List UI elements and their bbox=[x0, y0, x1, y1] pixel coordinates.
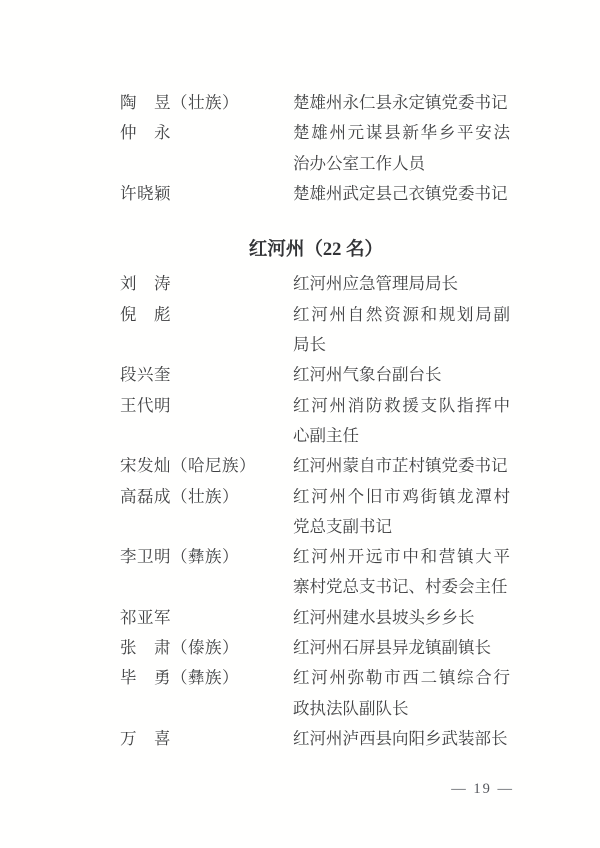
entry-position-line: 红河州石屏县异龙镇副镇长 bbox=[293, 633, 510, 663]
entry-position: 红河州蒙自市芷村镇党委书记 bbox=[293, 451, 510, 481]
entry-position: 红河州石屏县异龙镇副镇长 bbox=[293, 633, 510, 663]
entry-position-line: 治办公室工作人员 bbox=[293, 149, 510, 179]
entry-position: 楚雄州永仁县永定镇党委书记 bbox=[293, 88, 510, 118]
entry-name: 祁亚军 bbox=[120, 603, 293, 633]
entry-name: 张 肃（傣族） bbox=[120, 633, 293, 663]
entry-name: 段兴奎 bbox=[120, 360, 293, 390]
entry-position: 红河州应急管理局局长 bbox=[293, 269, 510, 299]
entry-position: 红河州自然资源和规划局副局长 bbox=[293, 300, 510, 361]
list-item: 祁亚军红河州建水县坡头乡乡长 bbox=[120, 603, 512, 633]
entry-position-line: 楚雄州元谋县新华乡平安法 bbox=[293, 118, 510, 148]
entry-position-line: 红河州蒙自市芷村镇党委书记 bbox=[293, 451, 510, 481]
entry-position-line: 心副主任 bbox=[293, 421, 510, 451]
entry-position-line: 红河州应急管理局局长 bbox=[293, 269, 510, 299]
entry-name: 高磊成（壮族） bbox=[120, 482, 293, 512]
entry-name: 陶 昱（壮族） bbox=[120, 88, 293, 118]
entry-position-line: 红河州开远市中和营镇大平 bbox=[293, 542, 510, 572]
entry-name: 宋发灿（哈尼族） bbox=[120, 451, 293, 481]
section: 红河州（22 名）刘 涛红河州应急管理局局长倪 彪红河州自然资源和规划局副局长段… bbox=[120, 235, 512, 754]
entry-position: 红河州弥勒市西二镇综合行政执法队副队长 bbox=[293, 663, 510, 724]
entry-position: 红河州开远市中和营镇大平寨村党总支书记、村委会主任 bbox=[293, 542, 510, 603]
list-item: 宋发灿（哈尼族）红河州蒙自市芷村镇党委书记 bbox=[120, 451, 512, 481]
entry-position-line: 局长 bbox=[293, 330, 510, 360]
page-number: — 19 — bbox=[451, 779, 514, 799]
list-item: 万 喜红河州泸西县向阳乡武装部长 bbox=[120, 724, 512, 754]
entry-name: 仲 永 bbox=[120, 118, 293, 148]
entry-name: 万 喜 bbox=[120, 724, 293, 754]
entry-position-line: 红河州个旧市鸡街镇龙潭村 bbox=[293, 482, 510, 512]
entry-position: 红河州个旧市鸡街镇龙潭村党总支副书记 bbox=[293, 482, 510, 543]
section-header: 红河州（22 名） bbox=[120, 235, 512, 265]
commendation-list: 陶 昱（壮族）楚雄州永仁县永定镇党委书记仲 永楚雄州元谋县新华乡平安法治办公室工… bbox=[120, 88, 512, 754]
entry-position: 红河州消防救援支队指挥中心副主任 bbox=[293, 391, 510, 452]
entry-position-line: 红河州泸西县向阳乡武装部长 bbox=[293, 724, 510, 754]
document-page: 陶 昱（壮族）楚雄州永仁县永定镇党委书记仲 永楚雄州元谋县新华乡平安法治办公室工… bbox=[0, 0, 600, 848]
list-item: 许晓颖楚雄州武定县己衣镇党委书记 bbox=[120, 179, 512, 209]
entry-position-line: 红河州弥勒市西二镇综合行 bbox=[293, 663, 510, 693]
entry-name: 李卫明（彝族） bbox=[120, 542, 293, 572]
list-item: 毕 勇（彝族）红河州弥勒市西二镇综合行政执法队副队长 bbox=[120, 663, 512, 724]
entry-name: 许晓颖 bbox=[120, 179, 293, 209]
list-item: 陶 昱（壮族）楚雄州永仁县永定镇党委书记 bbox=[120, 88, 512, 118]
entry-position: 红河州泸西县向阳乡武装部长 bbox=[293, 724, 510, 754]
entry-position-line: 红河州建水县坡头乡乡长 bbox=[293, 603, 510, 633]
entry-position: 红河州气象台副台长 bbox=[293, 360, 510, 390]
entry-position: 楚雄州武定县己衣镇党委书记 bbox=[293, 179, 510, 209]
entry-position-line: 党总支副书记 bbox=[293, 512, 510, 542]
entry-position-line: 红河州自然资源和规划局副 bbox=[293, 300, 510, 330]
list-item: 高磊成（壮族）红河州个旧市鸡街镇龙潭村党总支副书记 bbox=[120, 482, 512, 543]
entry-position: 红河州建水县坡头乡乡长 bbox=[293, 603, 510, 633]
entry-position-line: 红河州气象台副台长 bbox=[293, 360, 510, 390]
list-item: 倪 彪红河州自然资源和规划局副局长 bbox=[120, 300, 512, 361]
entry-name: 倪 彪 bbox=[120, 300, 293, 330]
entry-position-line: 楚雄州永仁县永定镇党委书记 bbox=[293, 88, 510, 118]
entry-position: 楚雄州元谋县新华乡平安法治办公室工作人员 bbox=[293, 118, 510, 179]
list-item: 刘 涛红河州应急管理局局长 bbox=[120, 269, 512, 299]
entry-name: 刘 涛 bbox=[120, 269, 293, 299]
entry-position-line: 寨村党总支书记、村委会主任 bbox=[293, 572, 510, 602]
entry-position-line: 红河州消防救援支队指挥中 bbox=[293, 391, 510, 421]
section: 陶 昱（壮族）楚雄州永仁县永定镇党委书记仲 永楚雄州元谋县新华乡平安法治办公室工… bbox=[120, 88, 512, 209]
list-item: 仲 永楚雄州元谋县新华乡平安法治办公室工作人员 bbox=[120, 118, 512, 179]
entry-position-line: 政执法队副队长 bbox=[293, 694, 510, 724]
list-item: 王代明红河州消防救援支队指挥中心副主任 bbox=[120, 391, 512, 452]
list-item: 张 肃（傣族）红河州石屏县异龙镇副镇长 bbox=[120, 633, 512, 663]
list-item: 李卫明（彝族）红河州开远市中和营镇大平寨村党总支书记、村委会主任 bbox=[120, 542, 512, 603]
entry-name: 毕 勇（彝族） bbox=[120, 663, 293, 693]
entry-position-line: 楚雄州武定县己衣镇党委书记 bbox=[293, 179, 510, 209]
entry-name: 王代明 bbox=[120, 391, 293, 421]
list-item: 段兴奎红河州气象台副台长 bbox=[120, 360, 512, 390]
